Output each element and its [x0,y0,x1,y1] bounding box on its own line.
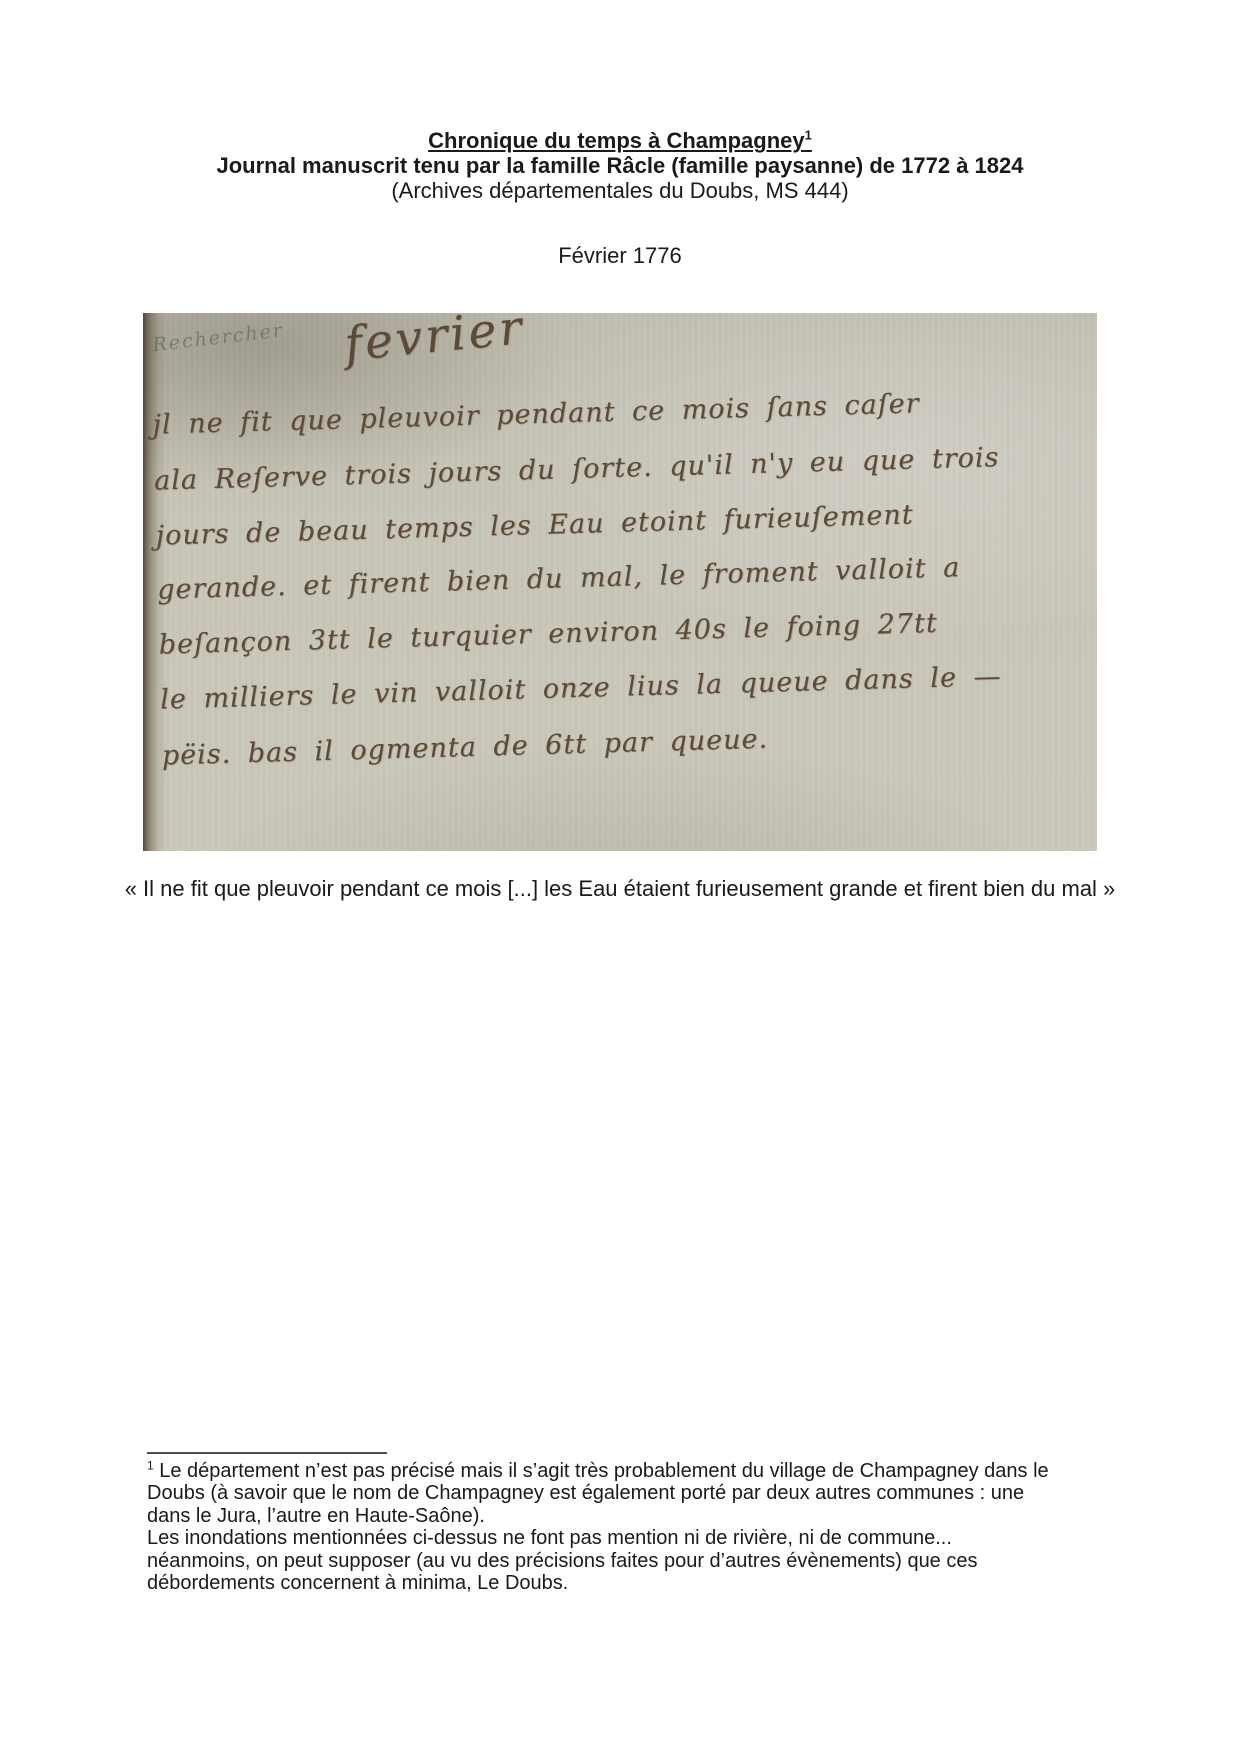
title-footnote-reference: 1 [805,128,812,143]
footnote-line: Doubs (à savoir que le nom de Champagney… [147,1482,1127,1504]
manuscript-line: le milliers le vin valloit onze lius la … [160,661,1002,715]
manuscript-line: jours de beau temps les Eau etoint furie… [155,499,914,551]
footnote-reference: 1 [147,1458,154,1472]
document-page: Chronique du temps à Champagney1 Journal… [0,0,1240,1754]
date-heading: Février 1776 [0,243,1240,269]
pencil-annotation: Rechercher [151,319,285,356]
footnote-line: débordements concernent à minima, Le Dou… [147,1572,1127,1594]
manuscript-line: beſançon 3tt le turquier environ 40s le … [158,608,938,661]
manuscript-line: gerande. et firent bien du mal, le frome… [157,552,961,605]
manuscript-line: pëis. bas il ogmenta de 6tt par queue. [161,724,768,772]
footnote-line: 1 Le département n’est pas précisé mais … [147,1460,1127,1482]
footnote-separator [147,1452,387,1454]
archives-reference: (Archives départementales du Doubs, MS 4… [0,178,1240,203]
footnote-line: Les inondations mentionnées ci-dessus ne… [147,1527,1127,1549]
footnote-line: dans le Jura, l’autre en Haute-Saône). [147,1505,1127,1527]
manuscript-paper: Rechercher fevrier jl ne fit que pleuvoi… [143,313,1097,851]
page-title: Chronique du temps à Champagney1 [428,128,812,153]
manuscript-photograph: Rechercher fevrier jl ne fit que pleuvoi… [143,313,1097,851]
page-subtitle: Journal manuscrit tenu par la famille Râ… [0,153,1240,178]
footnote: 1 Le département n’est pas précisé mais … [147,1460,1127,1594]
footnote-line: néanmoins, on peut supposer (au vu des p… [147,1550,1127,1572]
manuscript-line: ala Reſerve trois jours du ſorte. qu'il … [154,442,1000,497]
footnote-line-text: Le département n’est pas précisé mais il… [159,1460,1048,1482]
page-title-text: Chronique du temps à Champagney [428,128,805,153]
manuscript-month-title: fevrier [342,313,527,372]
manuscript-line: jl ne fit que pleuvoir pendant ce mois ſ… [152,388,920,440]
document-header: Chronique du temps à Champagney1 Journal… [0,128,1240,203]
manuscript-transcription-caption: « Il ne fit que pleuvoir pendant ce mois… [0,876,1240,902]
